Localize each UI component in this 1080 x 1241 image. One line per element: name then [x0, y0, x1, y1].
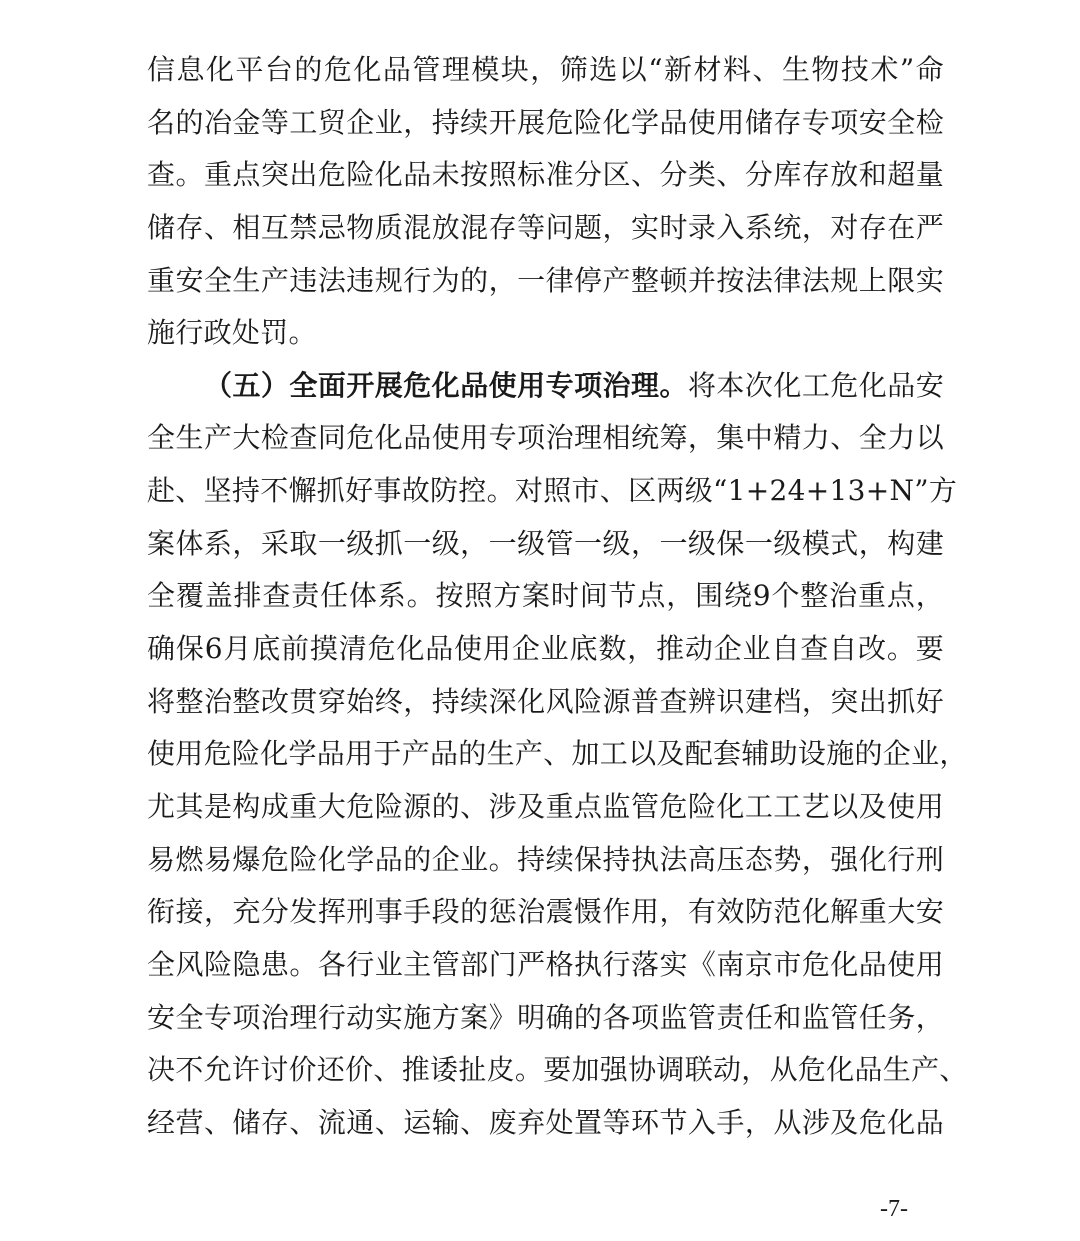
text-run: 将本次化工危化品安 [688, 369, 944, 402]
text-line: 施行政处罚。 [147, 307, 944, 360]
text-line: 重安全生产违法违规行为的，一律停产整顿并按法律法规上限实 [147, 255, 944, 308]
text-line: 查。重点突出危险化品未按照标准分区、分类、分库存放和超量 [147, 149, 944, 202]
text-line: 衔接，充分发挥刑事手段的惩治震慑作用，有效防范化解重大安 [147, 886, 944, 939]
text-line: 安全专项治理行动实施方案》明确的各项监管责任和监管任务， [147, 992, 944, 1045]
paragraph-continuation: 信息化平台的危化品管理模块，筛选以“新材料、生物技术”命 名的冶金等工贸企业，持… [147, 44, 947, 360]
text-line-with-heading: （五）全面开展危化品使用专项治理。将本次化工危化品安 [147, 360, 944, 413]
section-heading: （五）全面开展危化品使用专项治理。 [204, 369, 688, 402]
text-line: 尤其是构成重大危险源的、涉及重点监管危险化工工艺以及使用 [147, 781, 944, 834]
text-line: 使用危险化学品用于产品的生产、加工以及配套辅助设施的企业， [147, 728, 944, 781]
document-body: 信息化平台的危化品管理模块，筛选以“新材料、生物技术”命 名的冶金等工贸企业，持… [147, 44, 947, 1149]
text-line: 名的冶金等工贸企业，持续开展危险化学品使用储存专项安全检 [147, 97, 944, 150]
text-line: 信息化平台的危化品管理模块，筛选以“新材料、生物技术”命 [147, 44, 944, 97]
text-line: 全风险隐患。各行业主管部门严格执行落实《南京市危化品使用 [147, 939, 944, 992]
text-line: 确保6月底前摸清危化品使用企业底数，推动企业自查自改。要 [147, 623, 944, 676]
text-line: 全覆盖排查责任体系。按照方案时间节点，围绕9个整治重点， [147, 570, 944, 623]
text-line: 案体系，采取一级抓一级，一级管一级，一级保一级模式，构建 [147, 518, 944, 571]
text-line: 决不允许讨价还价、推诿扯皮。要加强协调联动，从危化品生产、 [147, 1044, 944, 1097]
text-line: 全生产大检查同危化品使用专项治理相统筹，集中精力、全力以 [147, 412, 944, 465]
document-page: 信息化平台的危化品管理模块，筛选以“新材料、生物技术”命 名的冶金等工贸企业，持… [0, 0, 1080, 1241]
text-line: 储存、相互禁忌物质混放混存等问题，实时录入系统，对存在严 [147, 202, 944, 255]
text-line: 赴、坚持不懈抓好事故防控。对照市、区两级“1+24+13+N”方 [147, 465, 944, 518]
page-number: -7- [880, 1196, 908, 1223]
paragraph-section-5: （五）全面开展危化品使用专项治理。将本次化工危化品安 全生产大检查同危化品使用专… [147, 360, 947, 1150]
text-line: 易燃易爆危险化学品的企业。持续保持执法高压态势，强化行刑 [147, 834, 944, 887]
text-line: 将整治整改贯穿始终，持续深化风险源普查辨识建档，突出抓好 [147, 676, 944, 729]
text-line: 经营、储存、流通、运输、废弃处置等环节入手，从涉及危化品 [147, 1097, 944, 1150]
